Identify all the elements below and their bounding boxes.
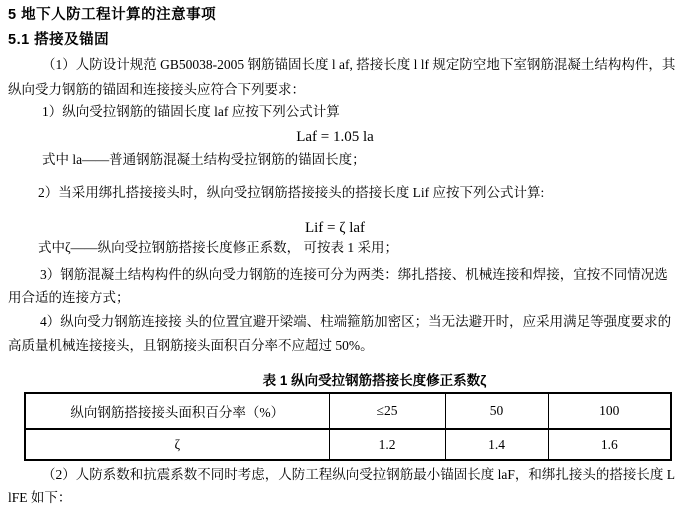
table-value-row: ζ 1.2 1.4 1.6 [25, 429, 671, 460]
table-cell-zeta-le25: 1.2 [329, 429, 445, 460]
lap-length-formula: Lif = ζ laf [0, 219, 670, 237]
table-cell-zeta-label: ζ [25, 429, 329, 460]
para1-line1: （1）人防设计规范 GB50038-2005 钢筋锚固长度 l af, 搭接长度… [42, 56, 675, 74]
section-heading: 5 地下人防工程计算的注意事项 [8, 6, 216, 24]
note2-line: 式中ζ——纵向受拉钢筋搭接长度修正系数， 可按表 1 采用； [38, 239, 398, 257]
table-cell-zeta-50: 1.4 [445, 429, 548, 460]
table-title: 表 1 纵向受拉钢筋搭接长度修正系数ζ [32, 372, 685, 390]
note1-line: 式中 la——普通钢筋混凝土结构受拉钢筋的锚固长度； [42, 151, 366, 169]
item4-line1: 4）纵向受力钢筋连接接 头的位置宜避开梁端、柱端箍筋加密区；当无法避开时，应采用… [40, 313, 671, 331]
table-cell-zeta-100: 1.6 [548, 429, 671, 460]
lap-length-correction-table: 纵向钢筋搭接接头面积百分率（%） ≤25 50 100 ζ 1.2 1.4 1.… [24, 392, 672, 461]
para2-line2: lFE 如下： [8, 489, 71, 507]
document-page: 5 地下人防工程计算的注意事项 5.1 搭接及锚固 （1）人防设计规范 GB50… [0, 0, 685, 507]
item1-line: 1）纵向受拉钢筋的锚固长度 laf 应按下列公式计算 [42, 103, 340, 121]
anchor-length-formula: Laf = 1.05 la [0, 128, 670, 146]
subsection-heading: 5.1 搭接及锚固 [8, 31, 109, 49]
item4-line2: 高质量机械连接接头，且钢筋接头面积百分率不应超过 50%。 [8, 337, 374, 355]
table-header-row: 纵向钢筋搭接接头面积百分率（%） ≤25 50 100 [25, 393, 671, 429]
item3-line2: 用合适的连接方式； [8, 289, 130, 307]
item2-line: 2）当采用绑扎搭接接头时，纵向受拉钢筋搭接接头的搭接长度 Lif 应按下列公式计… [38, 184, 544, 202]
table-header-cell-50: 50 [445, 393, 548, 429]
table-header-cell-100: 100 [548, 393, 671, 429]
para2-line1: （2）人防系数和抗震系数不同时考虑，人防工程纵向受拉钢筋最小锚固长度 laF，和… [42, 466, 675, 484]
table-header-cell-le25: ≤25 [329, 393, 445, 429]
table-header-cell-percentage: 纵向钢筋搭接接头面积百分率（%） [25, 393, 329, 429]
para1-line2: 纵向受力钢筋的锚固和连接接头应符合下列要求： [8, 81, 305, 99]
item3-line1: 3）钢筋混凝土结构构件的纵向受力钢筋的连接可分为两类：绑扎搭接、机械连接和焊接，… [40, 266, 668, 284]
